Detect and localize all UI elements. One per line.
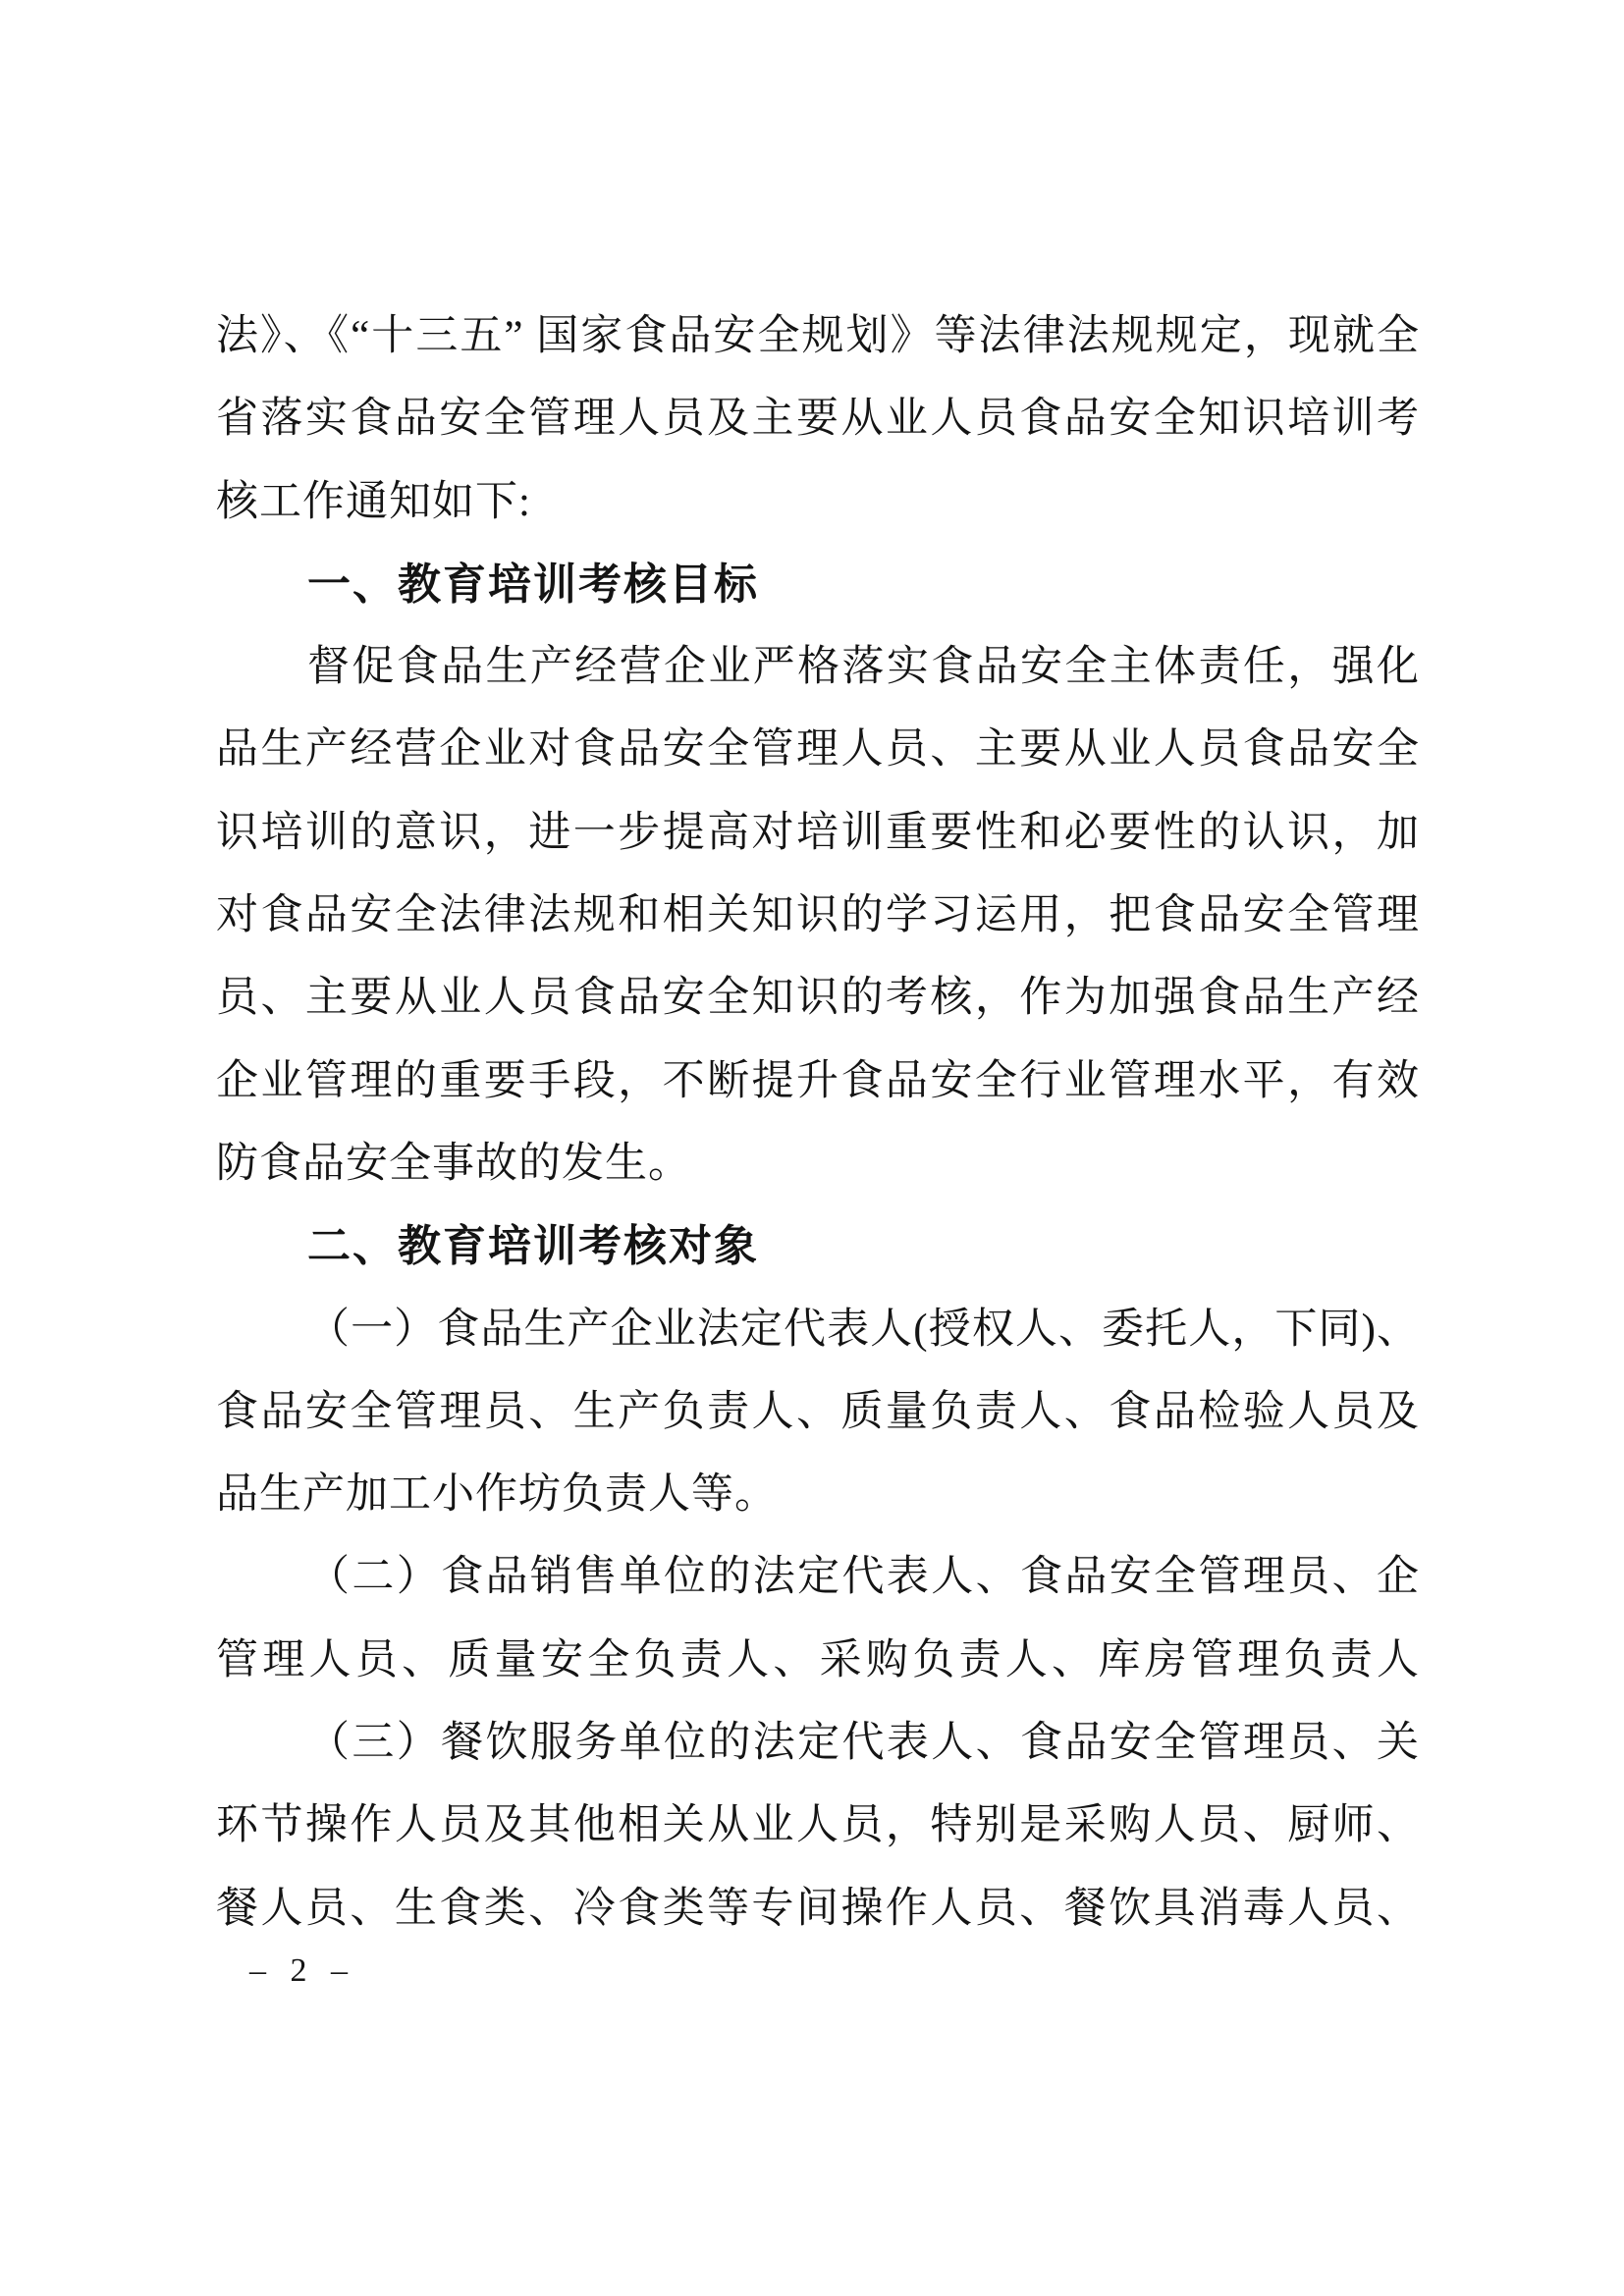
- body-line: 对食品安全法律法规和相关知识的学习运用，把食品安全管理人: [216, 875, 1420, 957]
- body-line: （一）食品生产企业法定代表人(授权人、委托人，下同)、: [216, 1289, 1420, 1371]
- body-line: 员、主要从业人员食品安全知识的考核，作为加强食品生产经营: [216, 957, 1420, 1040]
- body-line: 环节操作人员及其他相关从业人员，特别是采购人员、厨师、分: [216, 1785, 1420, 1867]
- body-line: 品生产加工小作坊负责人等。: [216, 1454, 1420, 1536]
- document-page: 法》、《“十三五” 国家食品安全规划》等法律法规规定，现就全 省落实食品安全管理…: [0, 0, 1624, 2296]
- body-line: （三）餐饮服务单位的法定代表人、食品安全管理员、关键: [216, 1702, 1420, 1785]
- section-heading: 一、教育培训考核目标: [216, 544, 1420, 626]
- body-line: 餐人员、生食类、冷食类等专间操作人员、餐饮具消毒人员、餐: [216, 1868, 1420, 1950]
- body-line: 企业管理的重要手段，不断提升食品安全行业管理水平，有效预: [216, 1041, 1420, 1123]
- body-line: 管理人员、质量安全负责人、采购负责人、库房管理负责人等。: [216, 1620, 1420, 1702]
- body-line: 省落实食品安全管理人员及主要从业人员食品安全知识培训考: [216, 378, 1420, 460]
- body-line: 督促食品生产经营企业严格落实食品安全主体责任，强化食: [216, 626, 1420, 709]
- body-line: 法》、《“十三五” 国家食品安全规划》等法律法规规定，现就全: [216, 295, 1420, 378]
- page-number: – 2 –: [249, 1949, 355, 1993]
- body-line: 识培训的意识，进一步提高对培训重要性和必要性的认识，加强: [216, 792, 1420, 875]
- body-line: 核工作通知如下:: [216, 461, 1420, 544]
- document-body: 法》、《“十三五” 国家食品安全规划》等法律法规规定，现就全 省落实食品安全管理…: [216, 295, 1420, 1950]
- body-line: 防食品安全事故的发生。: [216, 1123, 1420, 1205]
- body-line: （二）食品销售单位的法定代表人、食品安全管理员、企业: [216, 1536, 1420, 1619]
- body-line: 食品安全管理员、生产负责人、质量负责人、食品检验人员及食: [216, 1371, 1420, 1454]
- section-heading: 二、教育培训考核对象: [216, 1205, 1420, 1288]
- body-line: 品生产经营企业对食品安全管理人员、主要从业人员食品安全知: [216, 709, 1420, 791]
